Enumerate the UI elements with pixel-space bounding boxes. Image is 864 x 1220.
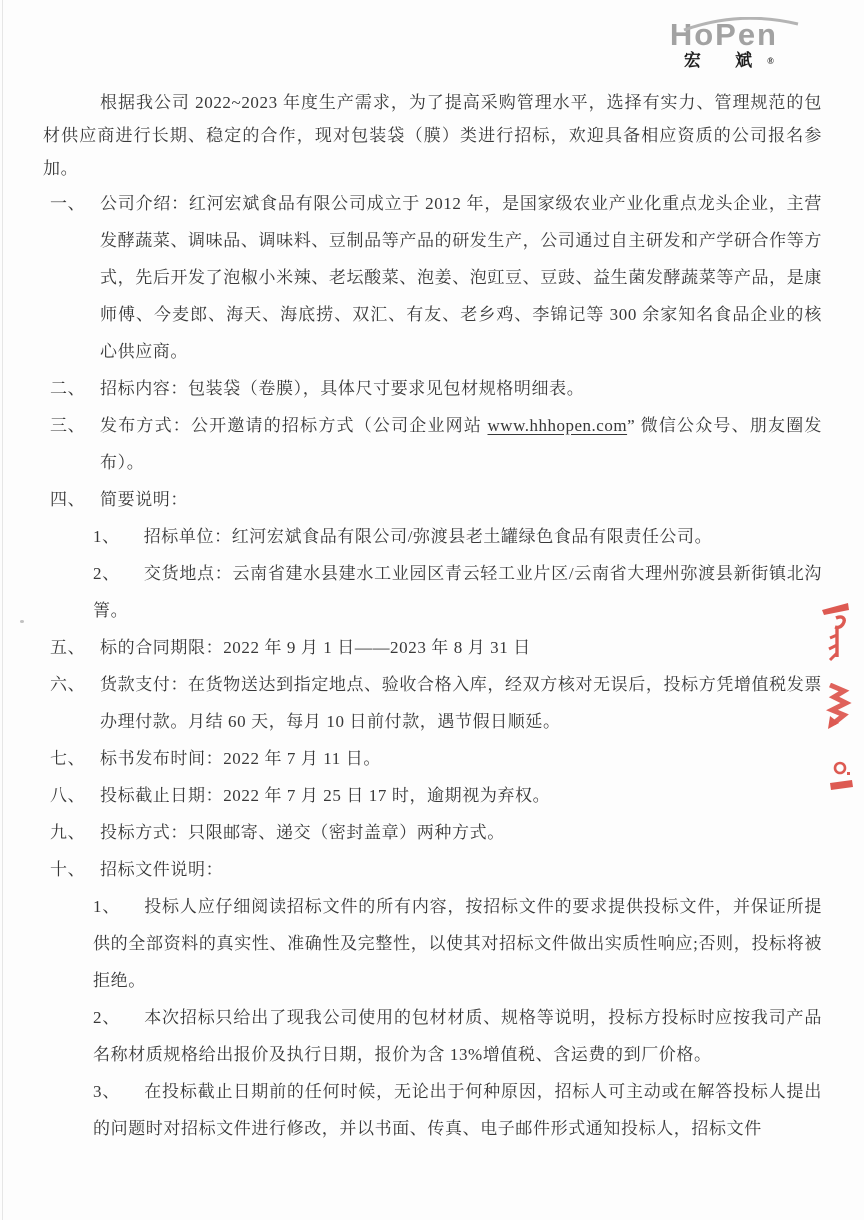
red-stamp-fragment-icon	[818, 600, 852, 668]
subitem-number: 1、	[93, 527, 120, 546]
section-10-subitem-2: 2、本次招标只给出了现我公司使用的包材材质、规格等说明，投标方投标时应按我司产品…	[43, 999, 822, 1073]
section-8-deadline: 八、 投标截止日期：2022 年 7 月 25 日 17 时，逾期视为弃权。	[43, 777, 822, 814]
section-6-payment: 六、 货款支付：在货物送达到指定地点、验收合格入库，经双方核对无误后，投标方凭增…	[43, 666, 822, 740]
scan-speck-artifact	[20, 620, 24, 623]
logo-swoosh-icon	[676, 17, 804, 31]
section-number: 九、	[50, 814, 85, 851]
scan-edge-artifact	[2, 0, 3, 1220]
intro-paragraph: 根据我公司 2022~2023 年度生产需求，为了提高采购管理水平，选择有实力、…	[43, 86, 822, 185]
section-10-subitem-1: 1、投标人应仔细阅读招标文件的所有内容，按招标文件的要求提供投标文件，并保证所提…	[43, 888, 822, 999]
section-4-subitem-1: 1、招标单位：红河宏斌食品有限公司/弥渡县老土罐绿色食品有限责任公司。	[43, 518, 822, 555]
section-7-release-time: 七、 标书发布时间：2022 年 7 月 11 日。	[43, 740, 822, 777]
red-stamp-fragment-icon	[826, 758, 856, 796]
section-10-document-notes: 十、 招标文件说明：	[43, 851, 822, 888]
subitem-number: 2、	[93, 564, 120, 583]
subitem-text: 本次招标只给出了现我公司使用的包材材质、规格等说明，投标方投标时应按我司产品名称…	[93, 1008, 822, 1064]
section-5-contract-period: 五、 标的合同期限：2022 年 9 月 1 日——2023 年 8 月 31 …	[43, 629, 822, 666]
company-website-link[interactable]: www.hhhopen.com	[488, 416, 628, 435]
company-logo: HoPen 宏 斌®	[670, 20, 778, 69]
subitem-text: 投标人应仔细阅读招标文件的所有内容，按招标文件的要求提供投标文件，并保证所提供的…	[93, 897, 822, 990]
section-text: 投标方式：只限邮寄、递交（密封盖章）两种方式。	[100, 823, 505, 842]
section-text: 投标截止日期：2022 年 7 月 25 日 17 时，逾期视为弃权。	[100, 786, 550, 805]
document-body: 根据我公司 2022~2023 年度生产需求，为了提高采购管理水平，选择有实力、…	[43, 86, 822, 1147]
section-text: 招标内容：包装袋（卷膜），具体尺寸要求见包材规格明细表。	[100, 379, 584, 398]
section-number: 三、	[50, 407, 85, 444]
section-1-company-intro: 一、 公司介绍：红河宏斌食品有限公司成立于 2012 年，是国家级农业产业化重点…	[43, 185, 822, 370]
subitem-text: 交货地点：云南省建水县建水工业园区青云轻工业片区/云南省大理州弥渡县新街镇北沟箐…	[93, 564, 822, 620]
section-number: 七、	[50, 740, 85, 777]
section-2-tender-content: 二、 招标内容：包装袋（卷膜），具体尺寸要求见包材规格明细表。	[43, 370, 822, 407]
registered-trademark-icon: ®	[767, 56, 774, 66]
section-text: 招标文件说明：	[100, 860, 223, 879]
section-4-subitem-2: 2、交货地点：云南省建水县建水工业园区青云轻工业片区/云南省大理州弥渡县新街镇北…	[43, 555, 822, 629]
subitem-text: 在投标截止日期前的任何时候，无论出于何种原因，招标人可主动或在解答投标人提出的问…	[93, 1082, 822, 1138]
logo-brand-cn-text: 宏 斌	[684, 51, 767, 70]
section-number: 五、	[50, 629, 85, 666]
section-9-bid-method: 九、 投标方式：只限邮寄、递交（密封盖章）两种方式。	[43, 814, 822, 851]
section-number: 四、	[50, 481, 85, 518]
scanned-document-page: HoPen 宏 斌® 根据我公司 2022~2023 年度生产需求，为了提高采购…	[0, 0, 864, 1220]
section-number: 一、	[50, 185, 85, 222]
subitem-number: 2、	[93, 1008, 120, 1027]
section-text: 公司介绍：红河宏斌食品有限公司成立于 2012 年，是国家级农业产业化重点龙头企…	[100, 194, 822, 361]
section-text: 发布方式：公开邀请的招标方式（公司企业网站	[100, 416, 488, 435]
subitem-text: 招标单位：红河宏斌食品有限公司/弥渡县老土罐绿色食品有限责任公司。	[144, 527, 713, 546]
section-text: 标的合同期限：2022 年 9 月 1 日——2023 年 8 月 31 日	[100, 638, 531, 657]
red-stamp-fragment-icon	[822, 683, 852, 731]
section-10-subitem-3: 3、在投标截止日期前的任何时候，无论出于何种原因，招标人可主动或在解答投标人提出…	[43, 1073, 822, 1147]
section-3-publish-method: 三、 发布方式：公开邀请的招标方式（公司企业网站 www.hhhopen.com…	[43, 407, 822, 481]
section-number: 六、	[50, 666, 85, 703]
section-4-brief-notes: 四、 简要说明：	[43, 481, 822, 518]
section-text: 简要说明：	[100, 490, 188, 509]
logo-brand-cn: 宏 斌®	[680, 52, 778, 69]
section-number: 八、	[50, 777, 85, 814]
subitem-number: 3、	[93, 1082, 120, 1101]
subitem-number: 1、	[93, 897, 120, 916]
section-number: 二、	[50, 370, 85, 407]
section-text: 货款支付：在货物送达到指定地点、验收合格入库，经双方核对无误后，投标方凭增值税发…	[100, 675, 822, 731]
section-text: 标书发布时间：2022 年 7 月 11 日。	[100, 749, 381, 768]
section-number: 十、	[50, 851, 85, 888]
